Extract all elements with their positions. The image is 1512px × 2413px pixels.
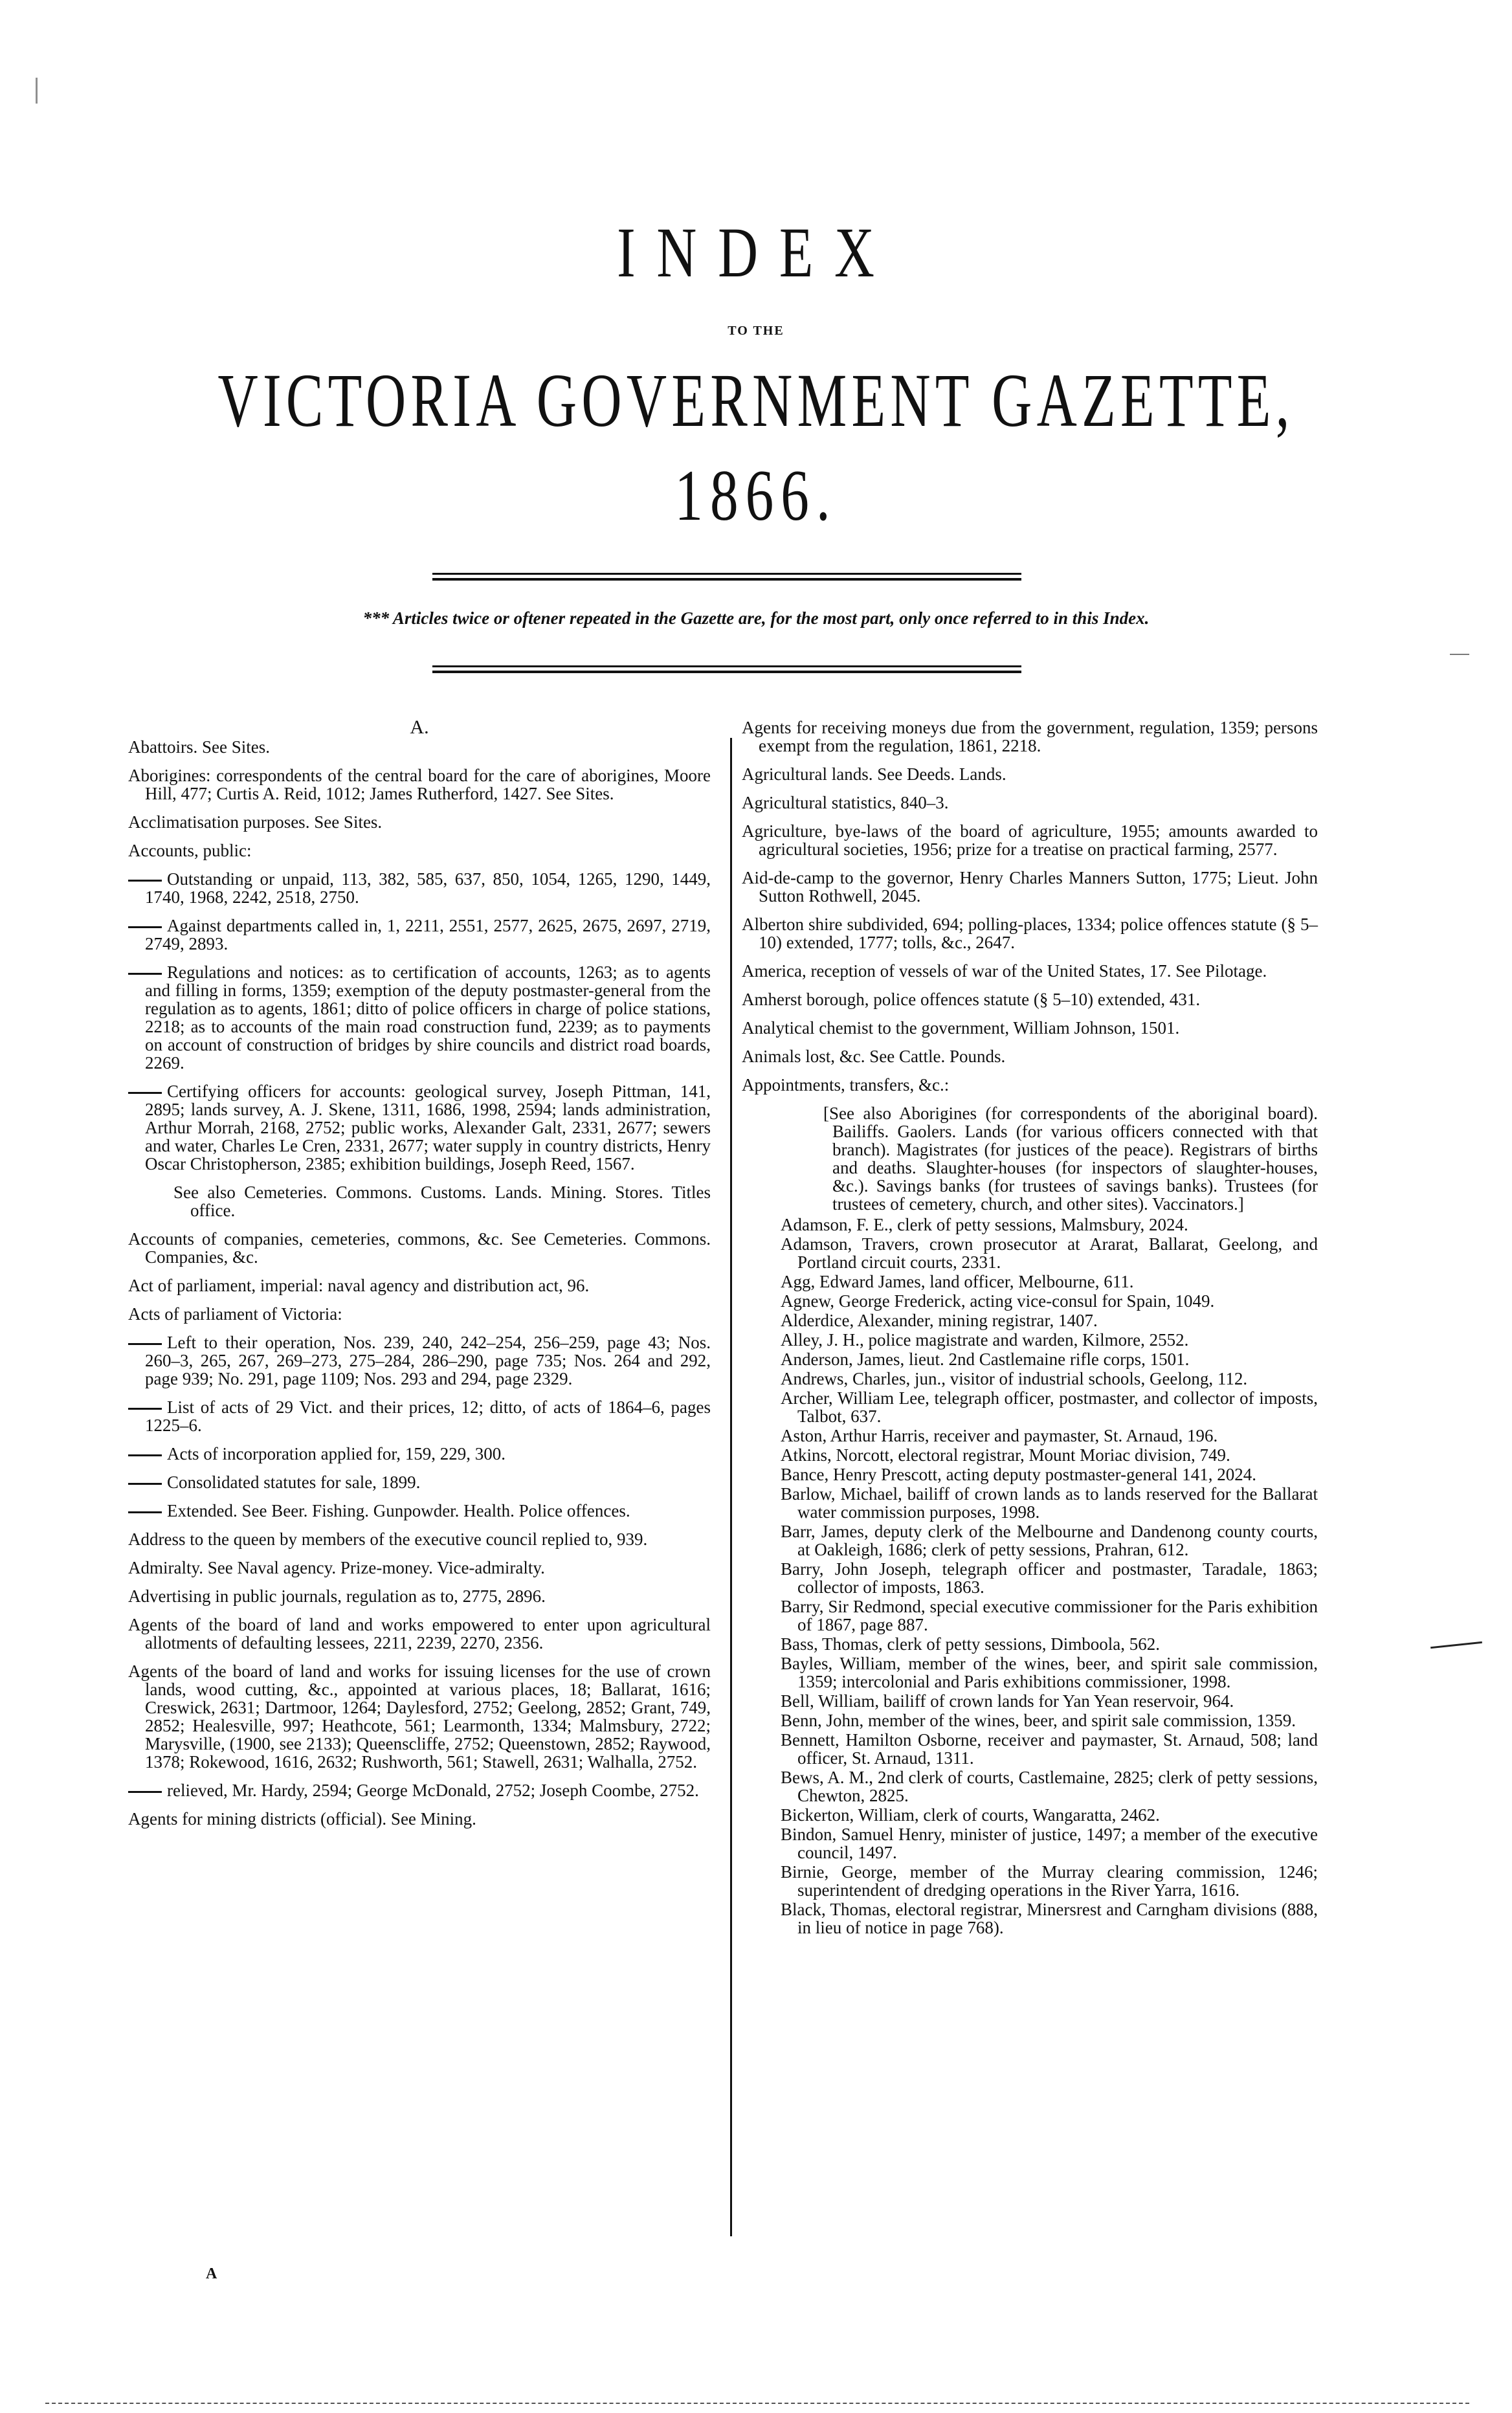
to-the-label: TO THE xyxy=(0,324,1512,339)
entry-text: Accounts, public: xyxy=(128,841,251,860)
index-entry: Aid-de-camp to the governor, Henry Charl… xyxy=(742,869,1318,905)
appointment-entry: Archer, William Lee, telegraph officer, … xyxy=(781,1389,1318,1425)
ditto-dash-icon xyxy=(128,973,162,975)
index-entry: Admiralty. See Naval agency. Prize-money… xyxy=(128,1559,711,1577)
appointment-entry: Bance, Henry Prescott, acting deputy pos… xyxy=(781,1465,1318,1484)
asterism-icon: *** xyxy=(363,608,393,628)
index-entry: Address to the queen by members of the e… xyxy=(128,1530,711,1548)
entry-text: Analytical chemist to the government, Wi… xyxy=(742,1018,1179,1038)
column-divider xyxy=(730,738,732,2236)
entry-text: Acclimatisation purposes. See Sites. xyxy=(128,812,382,832)
appointment-entry: Bennett, Hamilton Osborne, receiver and … xyxy=(781,1731,1318,1767)
entry-text: Agents for receiving moneys due from the… xyxy=(742,718,1318,755)
see-also-reference: See also Cemeteries. Commons. Customs. L… xyxy=(128,1183,711,1219)
index-entry: Alberton shire subdivided, 694; polling-… xyxy=(742,915,1318,951)
entry-text: Act of parliament, imperial: naval agenc… xyxy=(128,1276,589,1295)
scan-speck xyxy=(36,78,38,104)
entry-text: Agricultural lands. See Deeds. Lands. xyxy=(742,764,1006,784)
entry-text: Extended. See Beer. Fishing. Gunpowder. … xyxy=(167,1501,630,1520)
entry-text: Aid-de-camp to the governor, Henry Charl… xyxy=(742,868,1318,906)
index-entry: Act of parliament, imperial: naval agenc… xyxy=(128,1276,711,1295)
index-subentry: Acts of incorporation applied for, 159, … xyxy=(128,1445,711,1463)
index-entry: Agricultural lands. See Deeds. Lands. xyxy=(742,765,1318,783)
ditto-dash-icon xyxy=(128,1343,162,1345)
index-title: INDEX xyxy=(166,217,1346,288)
rule-top xyxy=(432,573,1021,581)
appointment-entry: Atkins, Norcott, electoral registrar, Mo… xyxy=(781,1446,1318,1464)
index-subentry: Regulations and notices: as to certifica… xyxy=(128,963,711,1072)
entry-text: Agents of the board of land and works fo… xyxy=(128,1662,711,1772)
index-entry: Acclimatisation purposes. See Sites. xyxy=(128,813,711,831)
appointment-entry: Barlow, Michael, bailiff of crown lands … xyxy=(781,1485,1318,1521)
appointment-entry: Adamson, Travers, crown prosecutor at Ar… xyxy=(781,1235,1318,1271)
entry-text: Appointments, transfers, &c.: xyxy=(742,1075,949,1095)
entry-text: Acts of incorporation applied for, 159, … xyxy=(167,1444,506,1463)
appointment-entry: Black, Thomas, electoral registrar, Mine… xyxy=(781,1900,1318,1937)
appointment-entry: Andrews, Charles, jun., visitor of indus… xyxy=(781,1370,1318,1388)
appointments-list: Adamson, F. E., clerk of petty sessions,… xyxy=(742,1216,1318,1937)
index-subentry: List of acts of 29 Vict. and their price… xyxy=(128,1398,711,1434)
entry-text: Advertising in public journals, regulati… xyxy=(128,1586,546,1606)
entry-text: Against departments called in, 1, 2211, … xyxy=(145,916,711,953)
index-subentry: Extended. See Beer. Fishing. Gunpowder. … xyxy=(128,1502,711,1520)
scan-speck xyxy=(1430,1641,1482,1649)
entry-text: Abattoirs. See Sites. xyxy=(128,737,270,757)
publication-year: 1866. xyxy=(166,460,1346,532)
index-entry: Agricultural statistics, 840–3. xyxy=(742,794,1318,812)
scan-speck xyxy=(1450,654,1469,655)
index-subentry: Certifying officers for accounts: geolog… xyxy=(128,1082,711,1173)
entry-text: Amherst borough, police offences statute… xyxy=(742,990,1200,1009)
appointment-entry: Alderdice, Alexander, mining registrar, … xyxy=(781,1311,1318,1329)
index-subentry: relieved, Mr. Hardy, 2594; George McDona… xyxy=(128,1781,711,1799)
appointment-entry: Aston, Arthur Harris, receiver and payma… xyxy=(781,1427,1318,1445)
entry-text: Certifying officers for accounts: geolog… xyxy=(145,1082,711,1173)
rule-bottom xyxy=(432,665,1021,673)
ditto-dash-icon xyxy=(128,880,162,882)
entry-text: Consolidated statutes for sale, 1899. xyxy=(167,1473,420,1492)
appointment-entry: Barr, James, deputy clerk of the Melbour… xyxy=(781,1522,1318,1559)
appointment-entry: Bayles, William, member of the wines, be… xyxy=(781,1654,1318,1691)
index-subentry: Consolidated statutes for sale, 1899. xyxy=(128,1473,711,1491)
ditto-dash-icon xyxy=(128,1511,162,1513)
appointment-entry: Bickerton, William, clerk of courts, Wan… xyxy=(781,1806,1318,1824)
entry-text: Aborigines: correspondents of the centra… xyxy=(128,766,711,803)
index-entry: Accounts, public: xyxy=(128,841,711,860)
index-subentry: Against departments called in, 1, 2211, … xyxy=(128,917,711,953)
entry-text: Left to their operation, Nos. 239, 240, … xyxy=(145,1333,711,1388)
appointment-entry: Agg, Edward James, land officer, Melbour… xyxy=(781,1273,1318,1291)
index-subentry: Left to their operation, Nos. 239, 240, … xyxy=(128,1333,711,1388)
index-entry: Animals lost, &c. See Cattle. Pounds. xyxy=(742,1047,1318,1065)
entry-text: See also Cemeteries. Commons. Customs. L… xyxy=(173,1183,711,1220)
signature-mark: A xyxy=(206,2265,217,2283)
index-subentry: Outstanding or unpaid, 113, 382, 585, 63… xyxy=(128,870,711,906)
entry-text: Agriculture, bye-laws of the board of ag… xyxy=(742,821,1318,859)
index-notice: *** Articles twice or oftener repeated i… xyxy=(0,608,1512,628)
appointment-entry: Adamson, F. E., clerk of petty sessions,… xyxy=(781,1216,1318,1234)
appointment-entry: Anderson, James, lieut. 2nd Castlemaine … xyxy=(781,1350,1318,1368)
entry-text: Acts of parliament of Victoria: xyxy=(128,1304,342,1324)
left-column: A. Abattoirs. See Sites.Aborigines: corr… xyxy=(128,718,711,1838)
entry-text: Agents of the board of land and works em… xyxy=(128,1615,711,1652)
entry-text: Admiralty. See Naval agency. Prize-money… xyxy=(128,1558,545,1577)
index-entry: Abattoirs. See Sites. xyxy=(128,738,711,756)
ditto-dash-icon xyxy=(128,1092,162,1094)
appointment-entry: Barry, Sir Redmond, special executive co… xyxy=(781,1597,1318,1634)
ditto-dash-icon xyxy=(128,926,162,928)
ditto-dash-icon xyxy=(128,1791,162,1793)
see-also-bracket-note: [See also Aborigines (for correspondents… xyxy=(742,1104,1318,1213)
ditto-dash-icon xyxy=(128,1454,162,1456)
index-entry: Amherst borough, police offences statute… xyxy=(742,990,1318,1008)
appointment-entry: Bindon, Samuel Henry, minister of justic… xyxy=(781,1825,1318,1862)
index-entry: Analytical chemist to the government, Wi… xyxy=(742,1019,1318,1037)
section-letter-heading: A. xyxy=(128,718,711,737)
ditto-dash-icon xyxy=(128,1483,162,1485)
entry-text: Regulations and notices: as to certifica… xyxy=(145,962,711,1073)
index-entry: Acts of parliament of Victoria: xyxy=(128,1305,711,1323)
index-entry: Appointments, transfers, &c.: xyxy=(742,1076,1318,1094)
index-entry: Advertising in public journals, regulati… xyxy=(128,1587,711,1605)
appointment-entry: Bews, A. M., 2nd clerk of courts, Castle… xyxy=(781,1768,1318,1805)
publication-title: VICTORIA GOVERNMENT GAZETTE, xyxy=(204,362,1307,439)
appointment-entry: Barry, John Joseph, telegraph officer an… xyxy=(781,1560,1318,1596)
footer-rule xyxy=(45,2403,1469,2405)
ditto-dash-icon xyxy=(128,1408,162,1410)
entry-text: Alberton shire subdivided, 694; polling-… xyxy=(742,915,1318,952)
appointment-entry: Agnew, George Frederick, acting vice-con… xyxy=(781,1292,1318,1310)
appointment-entry: Alley, J. H., police magistrate and ward… xyxy=(781,1331,1318,1349)
entry-text: Outstanding or unpaid, 113, 382, 585, 63… xyxy=(145,869,711,907)
right-column: Agents for receiving moneys due from the… xyxy=(742,718,1318,1938)
appointment-entry: Bass, Thomas, clerk of petty sessions, D… xyxy=(781,1635,1318,1653)
entry-text: America, reception of vessels of war of … xyxy=(742,961,1267,981)
index-entry: Agents of the board of land and works fo… xyxy=(128,1662,711,1771)
entry-text: Accounts of companies, cemeteries, commo… xyxy=(128,1229,711,1267)
appointment-entry: Birnie, George, member of the Murray cle… xyxy=(781,1863,1318,1899)
entry-text: Animals lost, &c. See Cattle. Pounds. xyxy=(742,1047,1005,1066)
entry-text: Agents for mining districts (official). … xyxy=(128,1809,476,1829)
appointment-entry: Bell, William, bailiff of crown lands fo… xyxy=(781,1692,1318,1710)
index-entry: Agents of the board of land and works em… xyxy=(128,1616,711,1652)
index-entry: America, reception of vessels of war of … xyxy=(742,962,1318,980)
notice-text: Articles twice or oftener repeated in th… xyxy=(393,608,1149,628)
index-entry: Accounts of companies, cemeteries, commo… xyxy=(128,1230,711,1266)
entry-text: Address to the queen by members of the e… xyxy=(128,1529,647,1549)
index-entry: Agents for mining districts (official). … xyxy=(128,1810,711,1828)
entry-text: relieved, Mr. Hardy, 2594; George McDona… xyxy=(167,1781,699,1800)
index-entry: Agriculture, bye-laws of the board of ag… xyxy=(742,822,1318,858)
index-entry: Agents for receiving moneys due from the… xyxy=(742,718,1318,755)
entry-text: Agricultural statistics, 840–3. xyxy=(742,793,948,812)
appointment-entry: Benn, John, member of the wines, beer, a… xyxy=(781,1711,1318,1729)
index-entry: Aborigines: correspondents of the centra… xyxy=(128,766,711,803)
entry-text: List of acts of 29 Vict. and their price… xyxy=(145,1397,711,1435)
